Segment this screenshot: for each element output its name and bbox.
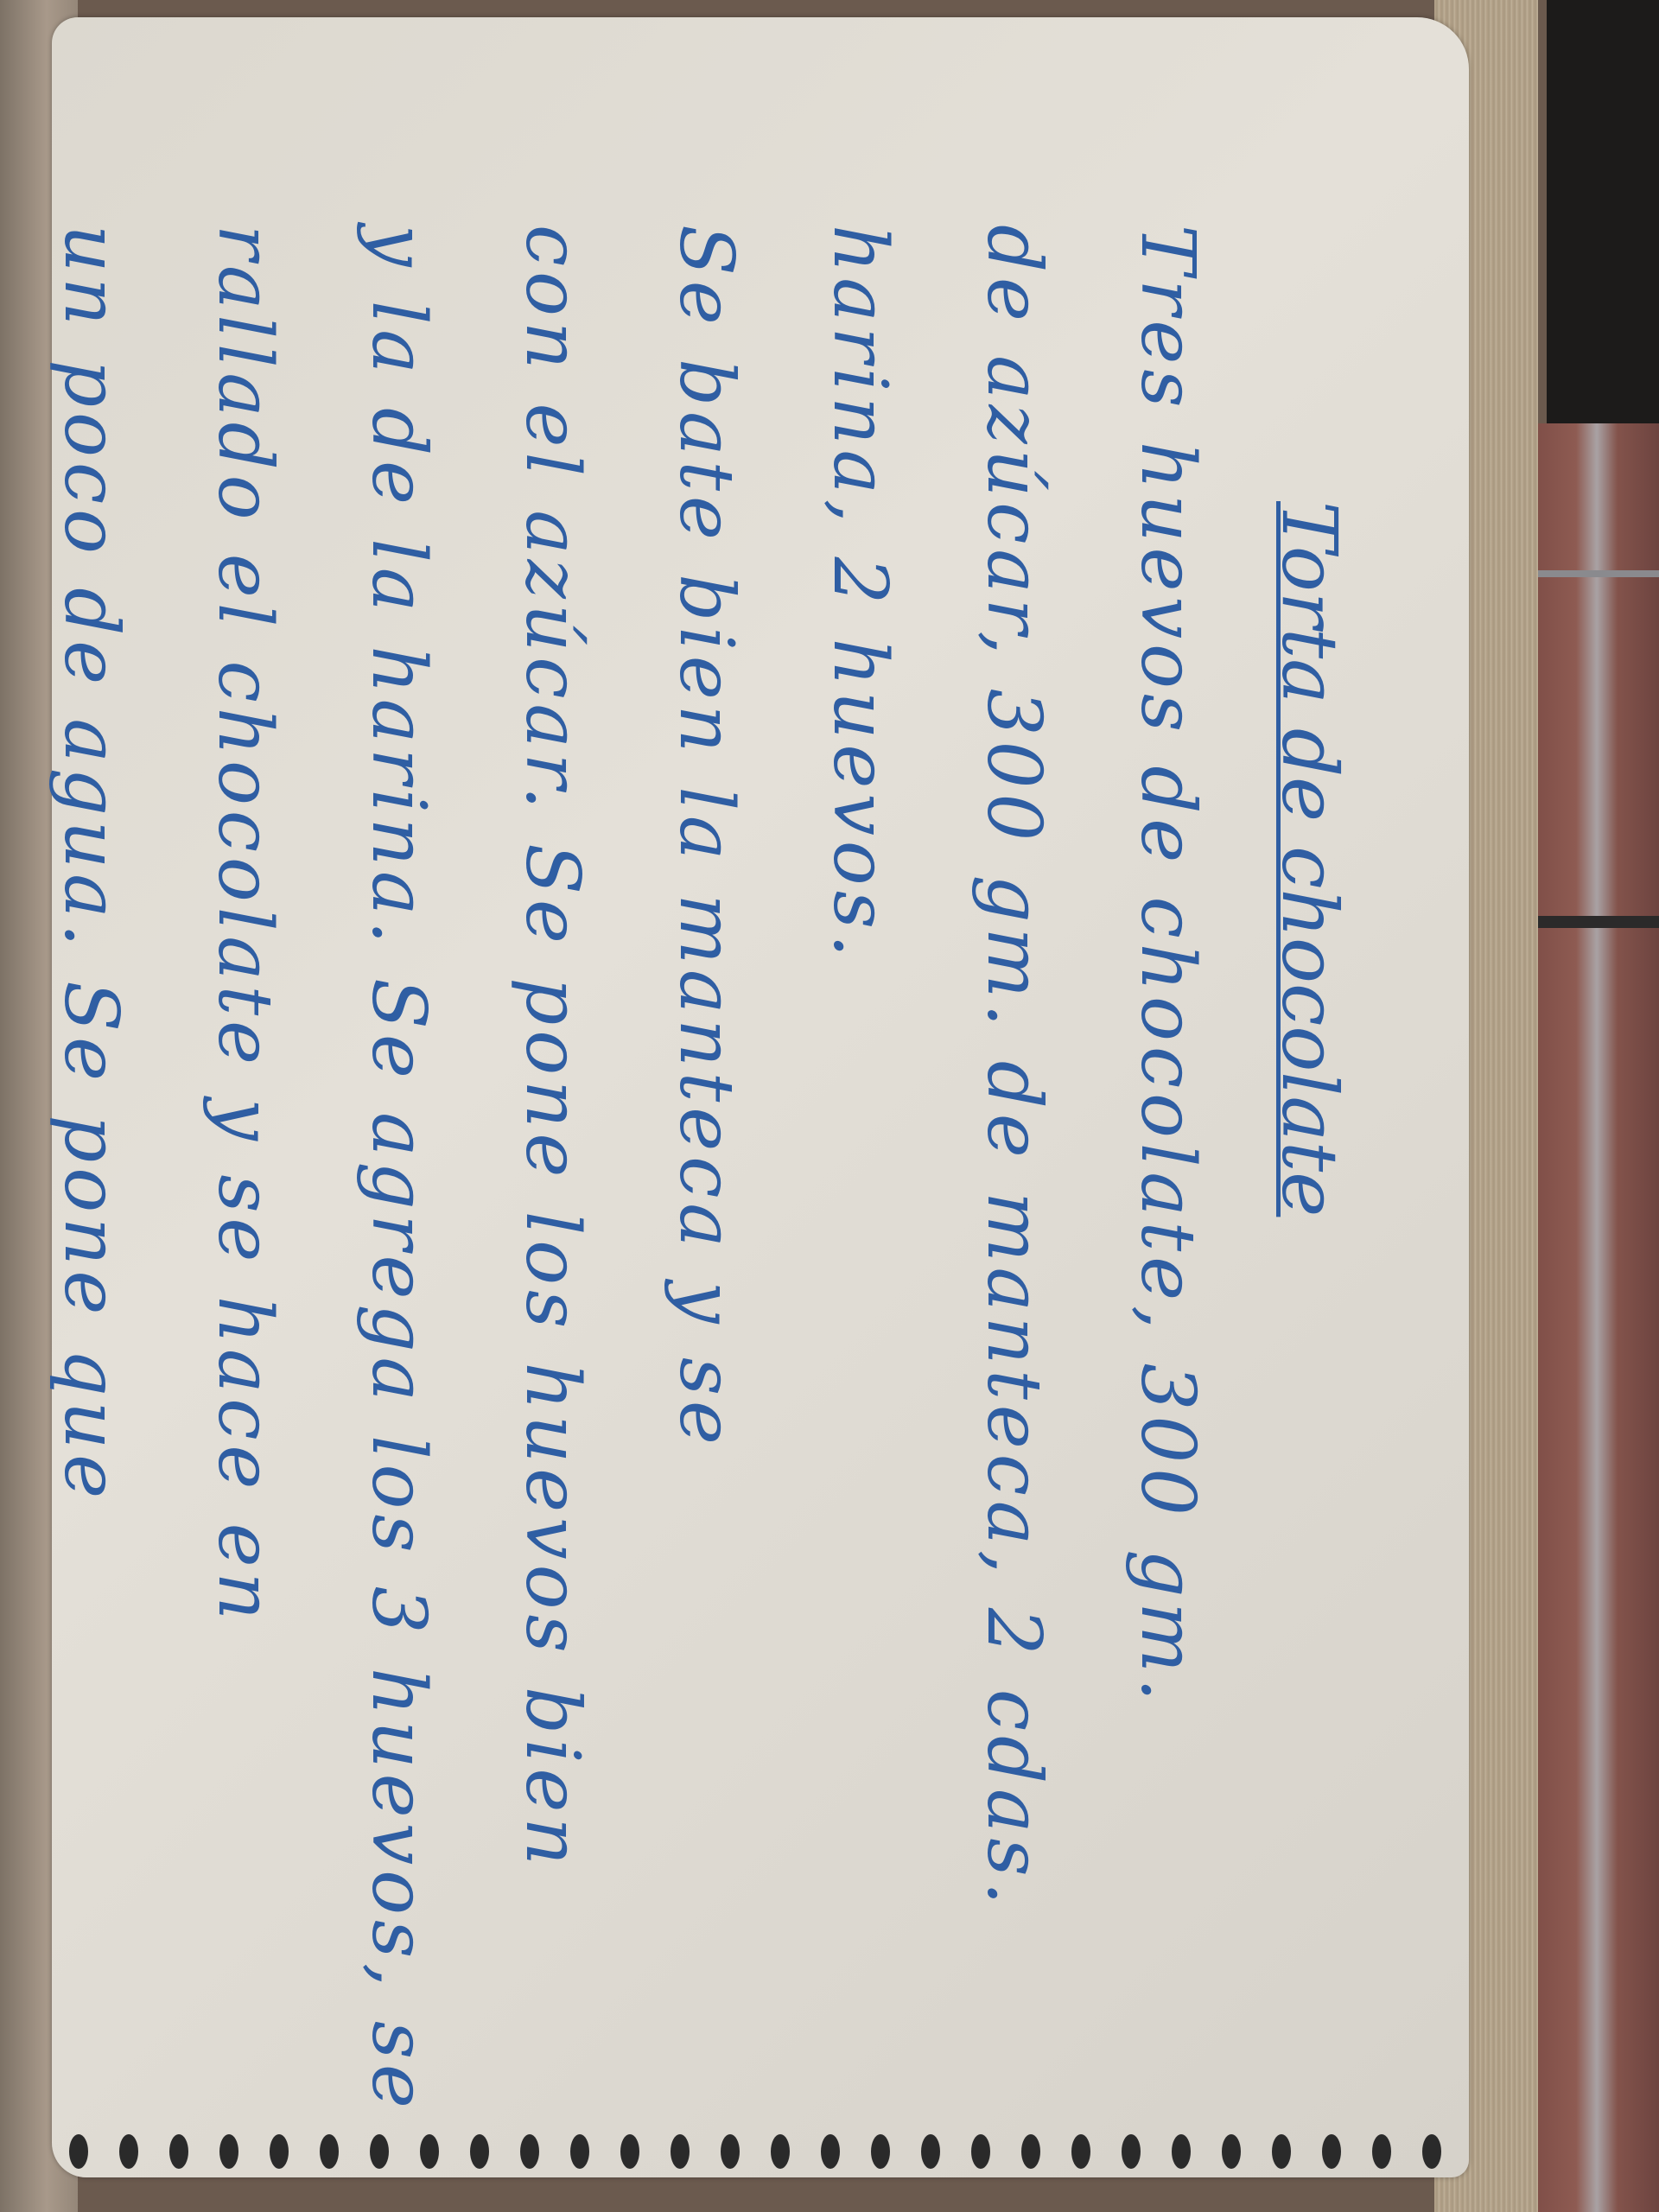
recipe-line: Se bate bien la manteca y se (629, 225, 783, 2039)
recipe-title: Torta de chocolate (1244, 501, 1374, 2039)
card-text-rotated: Torta de chocolate Tres huevos de chocol… (0, 0, 1659, 2212)
recipe-line: harina, 2 huevos. (783, 225, 937, 2039)
recipe-line: quede muy espeso y se mezcla que (0, 225, 14, 2039)
recipe-line: con el azúcar. Se pone los huevos bien (475, 225, 629, 2039)
recipe-line: Tres huevos de chocolate, 300 gm. (1090, 225, 1244, 2039)
recipe-body: Torta de chocolate Tres huevos de chocol… (0, 225, 1374, 2039)
recipe-line: y la de la harina. Se agrega los 3 huevo… (321, 225, 475, 2039)
recipe-line: rallado el chocolate y se hace en (168, 225, 321, 2039)
recipe-line: de azúcar, 300 gm. de manteca, 2 cdas. (937, 225, 1090, 2039)
recipe-line: un poco de agua. Se pone que (14, 225, 168, 2039)
